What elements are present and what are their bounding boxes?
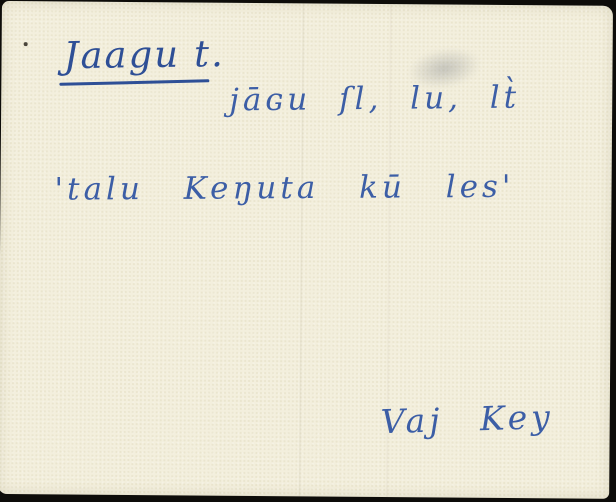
index-card: Jaagut. jāɢu ſl, lu, lt̀ 'talu Keŋuta kū… xyxy=(0,1,613,499)
card-crease xyxy=(298,3,305,496)
location-line: 'talu Keŋuta kū les' xyxy=(54,172,514,206)
heading-underline-stroke xyxy=(59,79,209,86)
card-heading: Jaagut. xyxy=(63,35,225,74)
heading-farm-name: Jaagu xyxy=(63,33,180,78)
heading-suffix: t. xyxy=(194,32,225,75)
collector-signature: Vaj Key xyxy=(380,400,554,438)
ink-speck xyxy=(24,42,28,46)
dialect-forms-line: jāɢu ſl, lu, lt̀ xyxy=(229,83,520,117)
scanned-photo: Jaagut. jāɢu ſl, lu, lt̀ 'talu Keŋuta kū… xyxy=(0,0,616,502)
